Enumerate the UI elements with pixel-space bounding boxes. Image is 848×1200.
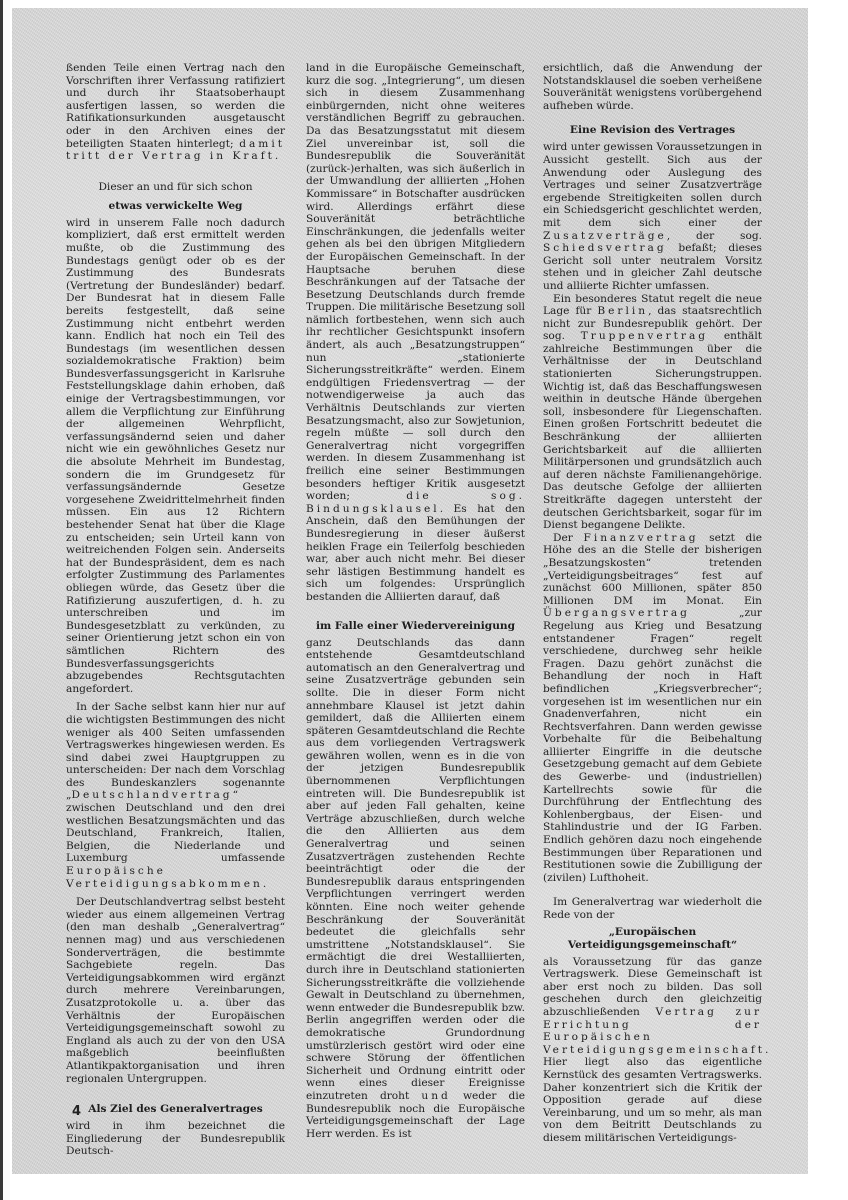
page-number: 4 xyxy=(72,1104,81,1119)
text-run: . Hier liegt also das eigentliche Kernst… xyxy=(543,1044,768,1144)
paragraph: Im Generalvertrag war wiederholt die Red… xyxy=(543,896,762,921)
paragraph: ganz Deutschlands das dann entstehende G… xyxy=(306,637,525,1141)
paragraph: Ein besonderes Statut regelt die neue La… xyxy=(543,293,762,532)
spaced-emphasis: Truppenvertrag xyxy=(581,330,708,342)
subheading: im Falle einer Wiedervereinigung xyxy=(306,620,525,633)
text-run: ganz Deutschlands das dann entstehende G… xyxy=(306,637,525,1102)
text-run: wird unter gewissen Voraussetzungen in A… xyxy=(543,141,762,229)
paragraph: ßenden Teile einen Vertrag nach den Vors… xyxy=(66,62,285,163)
text-run: Der xyxy=(553,532,583,544)
spaced-emphasis: Schiedsvertrag xyxy=(543,242,667,254)
text-run: land in die Europäische Gemeinschaft, ku… xyxy=(306,62,525,502)
subheading: „Europäischen Verteidigungsgemeinschaft“ xyxy=(543,926,762,952)
paragraph: wird in unserem Falle noch dadurch kompl… xyxy=(66,217,285,696)
paragraph: als Voraussetzung für das ganze Vertrags… xyxy=(543,956,762,1145)
subheading: Als Ziel des Generalvertrages xyxy=(66,1103,285,1116)
text-run: . xyxy=(275,150,278,162)
spaced-emphasis: Zusatzverträge xyxy=(543,230,667,242)
scan-edge xyxy=(0,0,3,1200)
text-run: „zur Regelung aus Krieg und Besatzung en… xyxy=(543,607,762,883)
spaced-emphasis: Berlin xyxy=(597,305,648,317)
subheading-lead: Dieser an und für sich schon xyxy=(66,181,285,194)
paragraph: In der Sache selbst kann hier nur auf di… xyxy=(66,701,285,890)
text-column-1: ßenden Teile einen Vertrag nach den Vors… xyxy=(66,62,285,1158)
text-run: enthält zahlreiche Bestimmungen über die… xyxy=(543,330,762,531)
text-run: In der Sache selbst kann hier nur auf di… xyxy=(66,701,285,801)
paragraph: wird in ihm bezeichnet die Eingliederung… xyxy=(66,1120,285,1158)
paragraph: wird unter gewissen Voraussetzungen in A… xyxy=(543,141,762,292)
paragraph: Der Finanzvertrag setzt die Höhe des an … xyxy=(543,532,762,885)
text-run: ßenden Teile einen Vertrag nach den Vors… xyxy=(66,62,285,150)
subheading: etwas verwickelte Weg xyxy=(66,200,285,213)
paragraph: ersichtlich, daß die Anwendung der Notst… xyxy=(543,62,762,112)
spaced-emphasis: Übergangsvertrag xyxy=(543,607,690,619)
spaced-emphasis: und xyxy=(421,1090,450,1102)
spaced-emphasis: Europäische Verteidigungsabkommen xyxy=(66,865,263,890)
text-column-3: ersichtlich, daß die Anwendung der Notst… xyxy=(543,62,762,1145)
paragraph: Der Deutschlandvertrag selbst besteht wi… xyxy=(66,896,285,1085)
text-column-2: land in die Europäische Gemeinschaft, ku… xyxy=(306,62,525,1140)
paragraph: land in die Europäische Gemeinschaft, ku… xyxy=(306,62,525,604)
text-run: . xyxy=(263,878,266,890)
text-run: , der sog. xyxy=(667,230,762,242)
spaced-emphasis: Finanzvertrag xyxy=(583,532,698,544)
spaced-emphasis: Deutschlandvertrag xyxy=(72,789,233,801)
text-run: . Es hat den Anschein, daß den Bemühunge… xyxy=(306,503,525,603)
subheading: Eine Revision des Vertrages xyxy=(543,124,762,137)
